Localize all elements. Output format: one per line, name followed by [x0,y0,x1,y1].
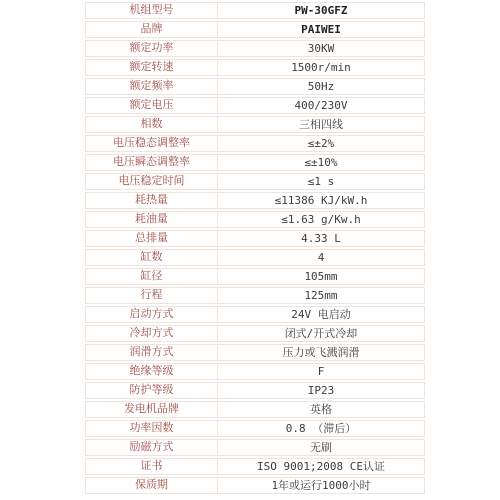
spec-value-cell: 三相四线 [218,116,425,133]
spec-row: 冷却方式 闭式/开式冷却 [85,325,425,342]
spec-label-cell: 功率因数 [85,420,218,437]
spec-value-cell: F [218,363,425,380]
spec-label-cell: 总排量 [85,230,218,247]
spec-label-cell: 保质期 [85,477,218,494]
spec-row: 相数 三相四线 [85,116,425,133]
spec-value-cell: 4.33 L [218,230,425,247]
spec-value-cell: 1500r/min [218,59,425,76]
spec-label-cell: 润滑方式 [85,344,218,361]
spec-label-cell: 额定电压 [85,97,218,114]
spec-value-cell: ≤11386 KJ/kW.h [218,192,425,209]
spec-value-cell: 压力或飞溅润滑 [218,344,425,361]
spec-value-cell: 400/230V [218,97,425,114]
spec-label-cell: 电压稳定时间 [85,173,218,190]
spec-value-cell: 闭式/开式冷却 [218,325,425,342]
spec-row: 缸数 4 [85,249,425,266]
spec-value-cell: PW-30GFZ [218,2,425,19]
spec-row: 耗油量 ≤1.63 g/Kw.h [85,211,425,228]
spec-row: 行程 125mm [85,287,425,304]
spec-label-cell: 额定转速 [85,59,218,76]
spec-row: 电压稳态调整率 ≤±2% [85,135,425,152]
spec-table-body: 机组型号 PW-30GFZ 品牌 PAIWEI 额定功率 30KW 额定转速 1… [85,2,425,494]
spec-label-cell: 电压瞬态调整率 [85,154,218,171]
spec-value-cell: ≤±10% [218,154,425,171]
spec-row: 电压瞬态调整率 ≤±10% [85,154,425,171]
spec-row: 耗热量 ≤11386 KJ/kW.h [85,192,425,209]
spec-value-cell: IP23 [218,382,425,399]
spec-page: 机组型号 PW-30GFZ 品牌 PAIWEI 额定功率 30KW 额定转速 1… [0,0,500,500]
spec-row: 额定转速 1500r/min [85,59,425,76]
spec-value-cell: 英格 [218,401,425,418]
spec-value-cell: ISO 9001;2008 CE认证 [218,458,425,475]
spec-label-cell: 相数 [85,116,218,133]
spec-label-cell: 额定功率 [85,40,218,57]
spec-label-cell: 缸数 [85,249,218,266]
spec-label-cell: 耗油量 [85,211,218,228]
spec-value-cell: 50Hz [218,78,425,95]
spec-value-cell: 4 [218,249,425,266]
spec-value-cell: 30KW [218,40,425,57]
spec-row: 润滑方式 压力或飞溅润滑 [85,344,425,361]
spec-value-cell: ≤±2% [218,135,425,152]
spec-row: 功率因数 0.8 （滞后） [85,420,425,437]
spec-label-cell: 发电机品牌 [85,401,218,418]
spec-row: 证书 ISO 9001;2008 CE认证 [85,458,425,475]
spec-label-cell: 冷却方式 [85,325,218,342]
spec-label-cell: 缸径 [85,268,218,285]
spec-value-cell: ≤1 s [218,173,425,190]
spec-row: 启动方式 24V 电启动 [85,306,425,323]
spec-label-cell: 启动方式 [85,306,218,323]
spec-label-cell: 耗热量 [85,192,218,209]
generator-spec-table: 机组型号 PW-30GFZ 品牌 PAIWEI 额定功率 30KW 额定转速 1… [85,0,425,496]
spec-row: 额定功率 30KW [85,40,425,57]
spec-label-cell: 防护等级 [85,382,218,399]
spec-row: 额定电压 400/230V [85,97,425,114]
spec-row: 发电机品牌 英格 [85,401,425,418]
spec-value-cell: 无刷 [218,439,425,456]
spec-row: 机组型号 PW-30GFZ [85,2,425,19]
spec-row: 缸径 105mm [85,268,425,285]
spec-label-cell: 励磁方式 [85,439,218,456]
spec-label-cell: 品牌 [85,21,218,38]
spec-value-cell: 24V 电启动 [218,306,425,323]
spec-row: 额定频率 50Hz [85,78,425,95]
spec-row: 电压稳定时间 ≤1 s [85,173,425,190]
spec-row: 励磁方式 无刷 [85,439,425,456]
spec-row: 总排量 4.33 L [85,230,425,247]
spec-label-cell: 额定频率 [85,78,218,95]
spec-label-cell: 证书 [85,458,218,475]
spec-row: 保质期 1年或运行1000小时 [85,477,425,494]
spec-label-cell: 机组型号 [85,2,218,19]
spec-label-cell: 行程 [85,287,218,304]
spec-row: 绝缘等级 F [85,363,425,380]
spec-row: 防护等级 IP23 [85,382,425,399]
spec-value-cell: 1年或运行1000小时 [218,477,425,494]
spec-value-cell: 125mm [218,287,425,304]
spec-value-cell: PAIWEI [218,21,425,38]
spec-label-cell: 绝缘等级 [85,363,218,380]
spec-row: 品牌 PAIWEI [85,21,425,38]
spec-label-cell: 电压稳态调整率 [85,135,218,152]
spec-value-cell: 105mm [218,268,425,285]
spec-value-cell: ≤1.63 g/Kw.h [218,211,425,228]
spec-value-cell: 0.8 （滞后） [218,420,425,437]
